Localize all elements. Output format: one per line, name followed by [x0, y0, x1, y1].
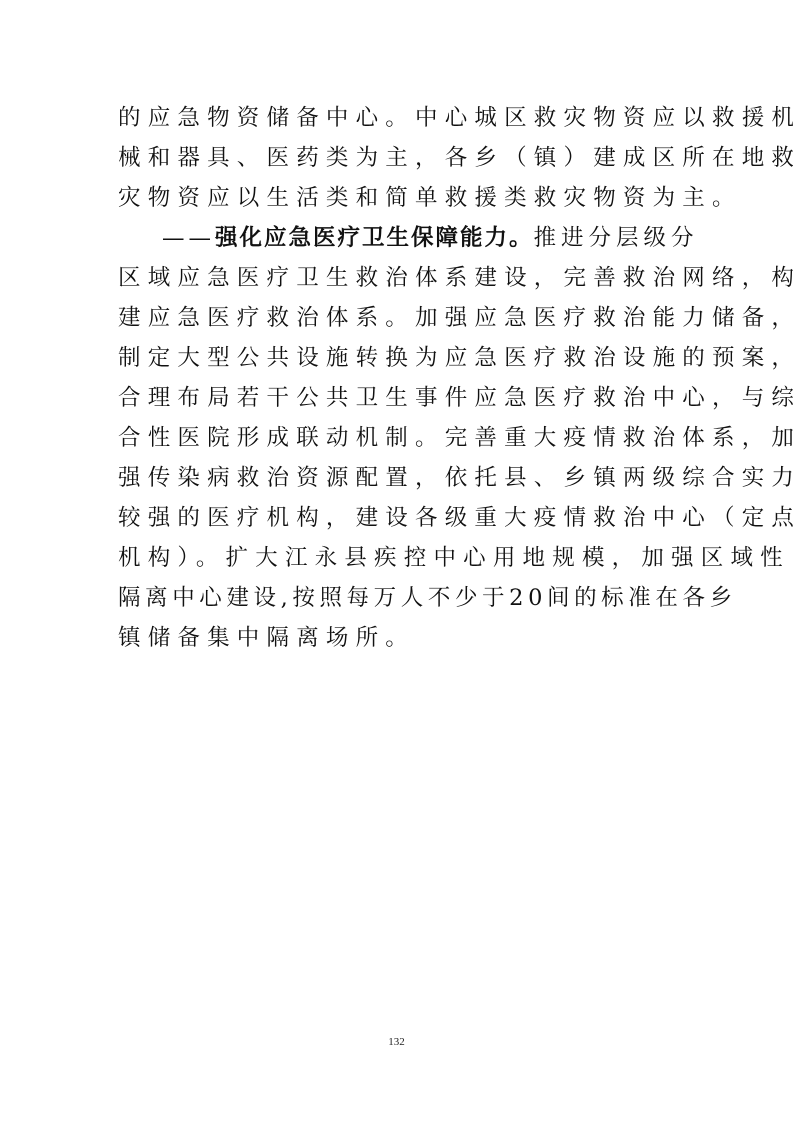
em-dash: —— [162, 225, 215, 251]
text-line: 的应急物资储备中心。中心城区救灾物资应以救援机 [118, 98, 678, 138]
page-number: 132 [0, 1036, 793, 1048]
text-line: 较强的医疗机构，建设各级重大疫情救治中心（定点 [118, 498, 678, 538]
text-line: 机构）。扩大江永县疾控中心用地规模，加强区域性 [118, 538, 678, 578]
text-line: 区域应急医疗卫生救治体系建设，完善救治网络，构 [118, 258, 678, 298]
text-line: 隔离中心建设,按照每万人不少于20间的标准在各乡 [118, 578, 678, 618]
text-line: 灾物资应以生活类和简单救援类救灾物资为主。 [118, 178, 678, 218]
text-line: 械和器具、医药类为主，各乡（镇）建成区所在地救 [118, 138, 678, 178]
text-line: 镇储备集中隔离场所。 [118, 618, 678, 658]
section-heading: 强化应急医疗卫生保障能力。 [215, 225, 534, 251]
section-heading-line: ——强化应急医疗卫生保障能力。推进分层级分 [118, 218, 678, 258]
text-line: 合理布局若干公共卫生事件应急医疗救治中心，与综 [118, 378, 678, 418]
section-intro-text: 推进分层级分 [534, 225, 699, 251]
text-line: 建应急医疗救治体系。加强应急医疗救治能力储备， [118, 298, 678, 338]
text-line: 合性医院形成联动机制。完善重大疫情救治体系，加 [118, 418, 678, 458]
text-line: 强传染病救治资源配置，依托县、乡镇两级综合实力 [118, 458, 678, 498]
document-body: 的应急物资储备中心。中心城区救灾物资应以救援机 械和器具、医药类为主，各乡（镇）… [118, 98, 678, 658]
text-line: 制定大型公共设施转换为应急医疗救治设施的预案， [118, 338, 678, 378]
